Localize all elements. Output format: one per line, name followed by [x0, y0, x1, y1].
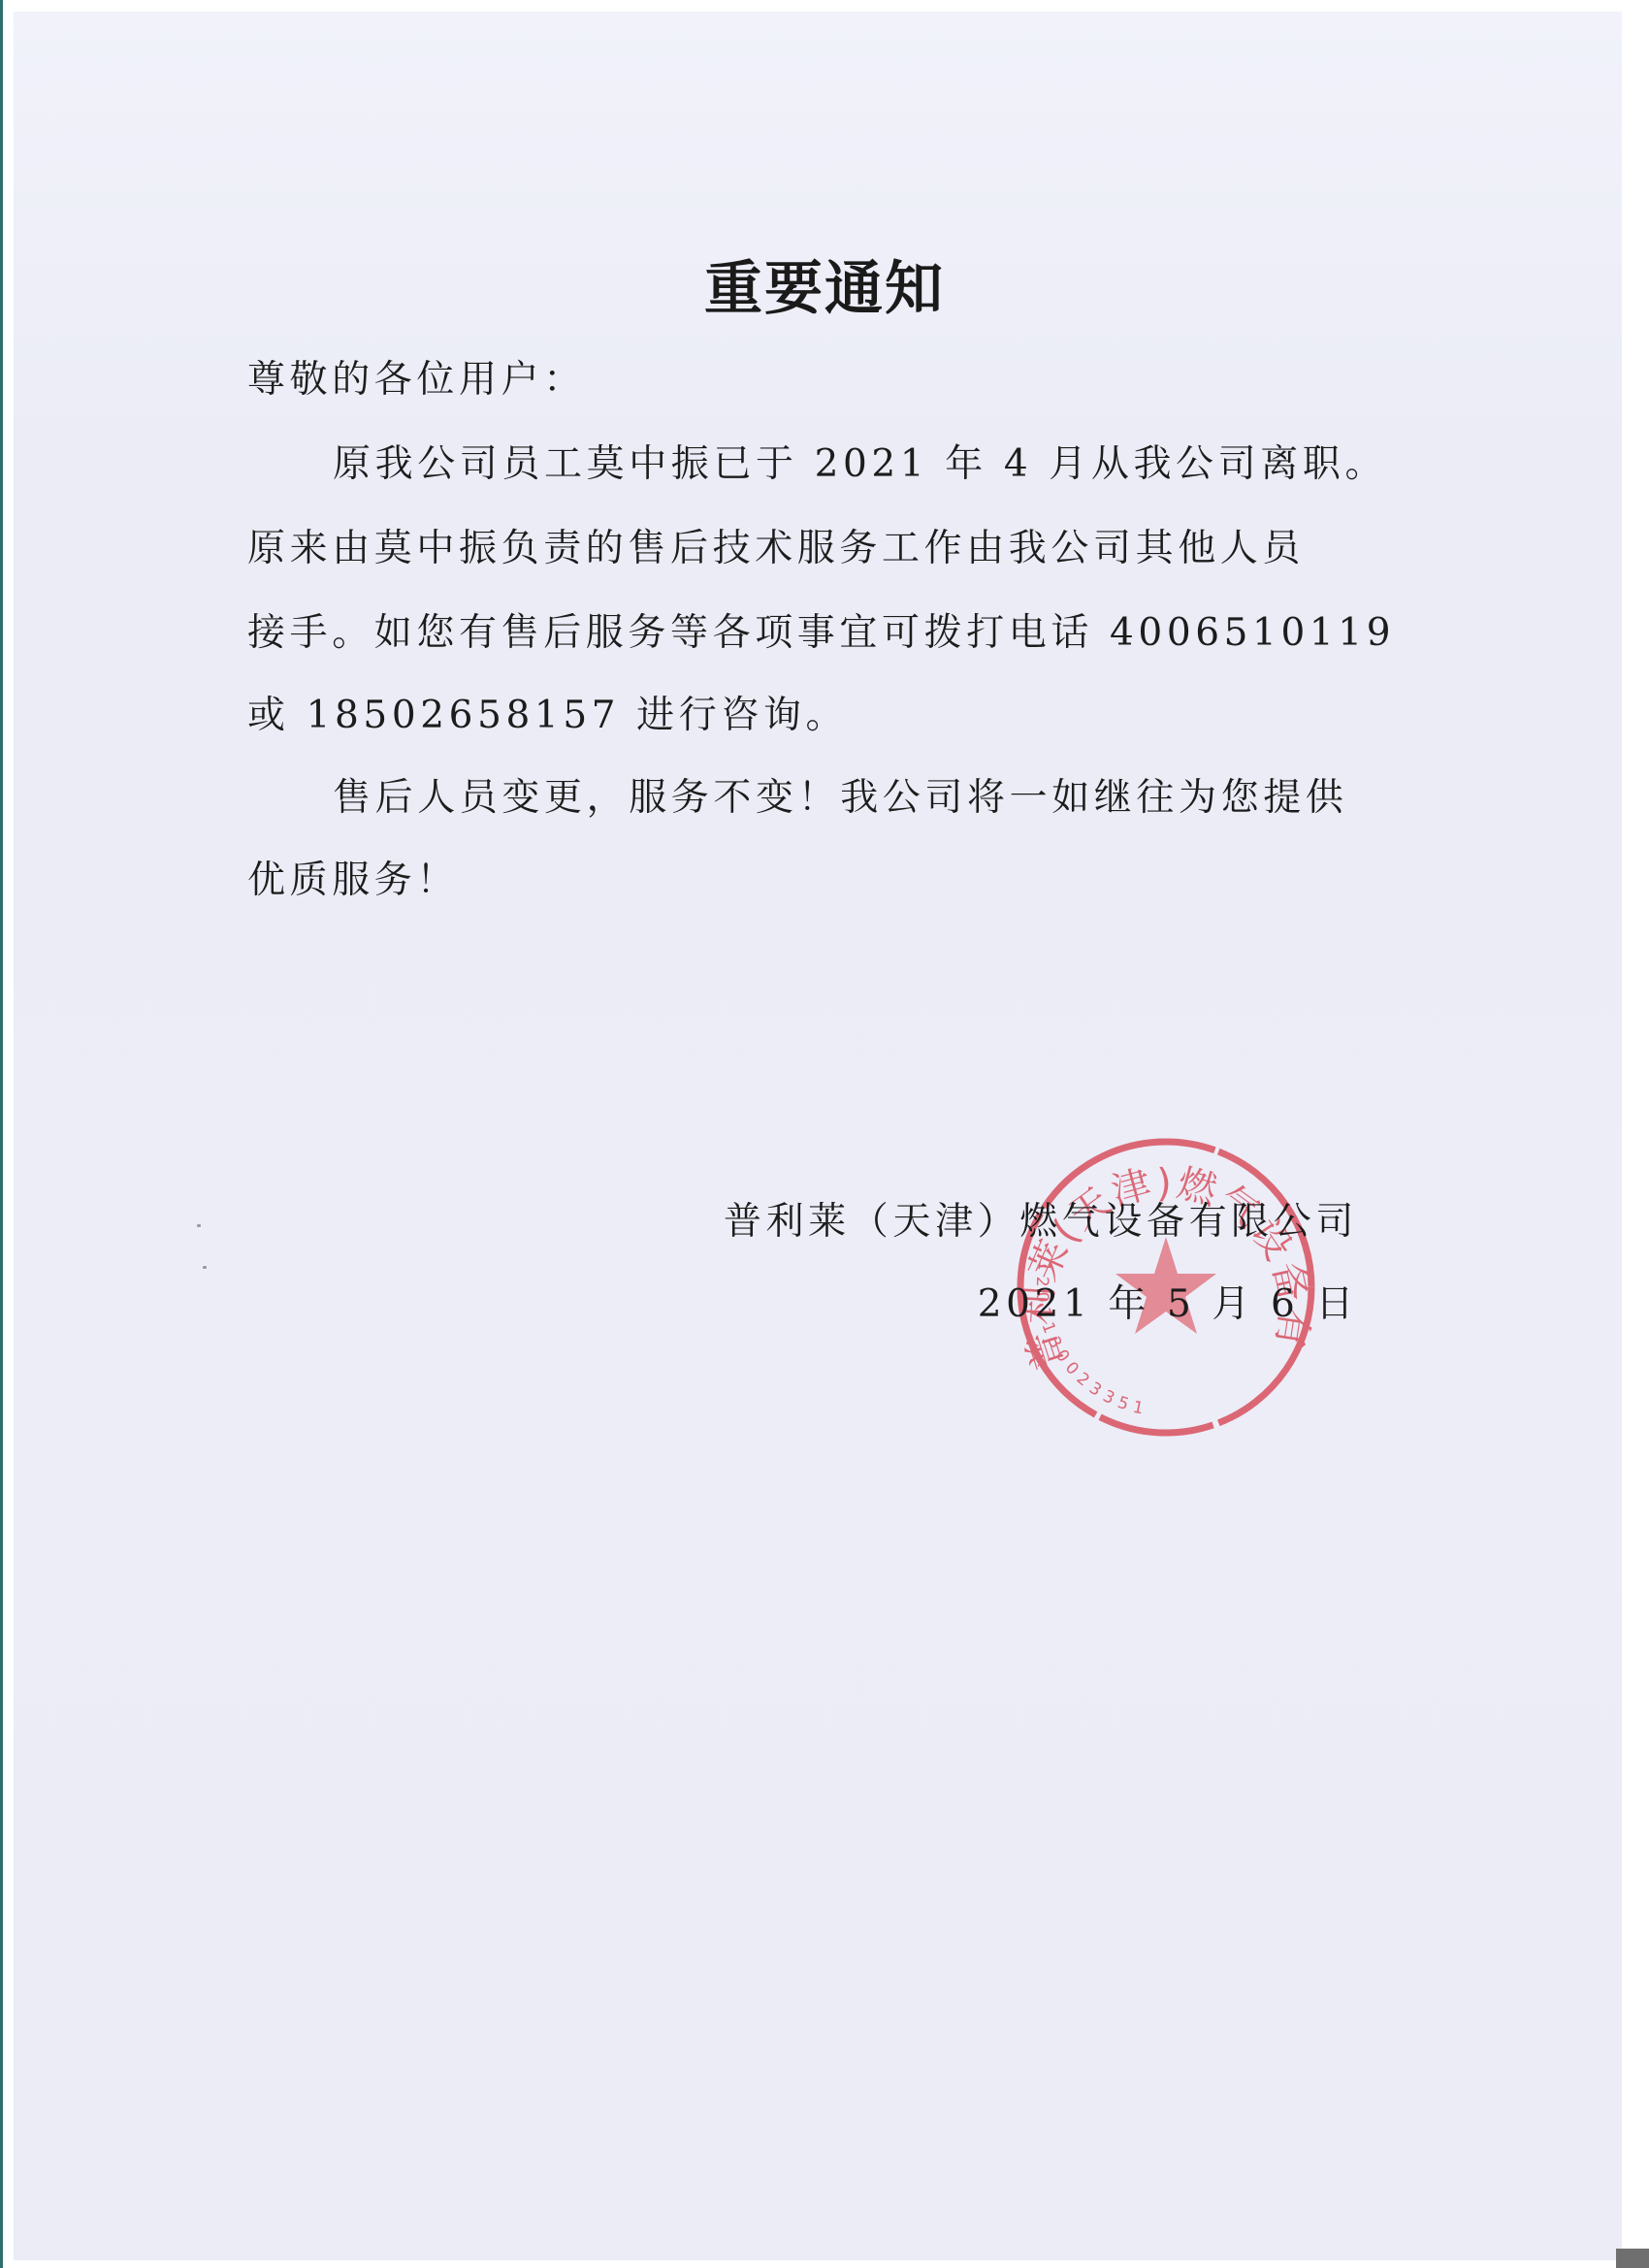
paragraph-1-line-4: 或 18502658157 进行咨询。	[247, 693, 1363, 739]
paragraph-2-line-1: 售后人员变更，服务不变！我公司将一如继往为您提供	[333, 775, 1448, 822]
signature-date: 2021 年 5 月 6 日	[978, 1281, 1358, 1328]
greeting: 尊敬的各位用户：	[247, 357, 1363, 404]
signature-company: 普利莱（天津）燃气设备有限公司	[724, 1199, 1358, 1246]
scan-edge	[0, 0, 3, 2268]
scan-corner-mark	[1616, 2249, 1649, 2268]
notice-title: 重要通知	[0, 243, 1649, 326]
paragraph-1-line-2: 原来由莫中振负责的售后技术服务工作由我公司其他人员	[247, 526, 1363, 572]
paragraph-1-line-3: 接手。如您有售后服务等各项事宜可拨打电话 4006510119	[247, 610, 1363, 657]
paper-speck	[197, 1224, 201, 1227]
paper-page	[14, 12, 1622, 2260]
paragraph-2-line-2: 优质服务！	[247, 858, 1363, 904]
paper-speck	[203, 1266, 207, 1269]
paragraph-1-line-1: 原我公司员工莫中振已于 2021 年 4 月从我公司离职。	[333, 441, 1448, 488]
